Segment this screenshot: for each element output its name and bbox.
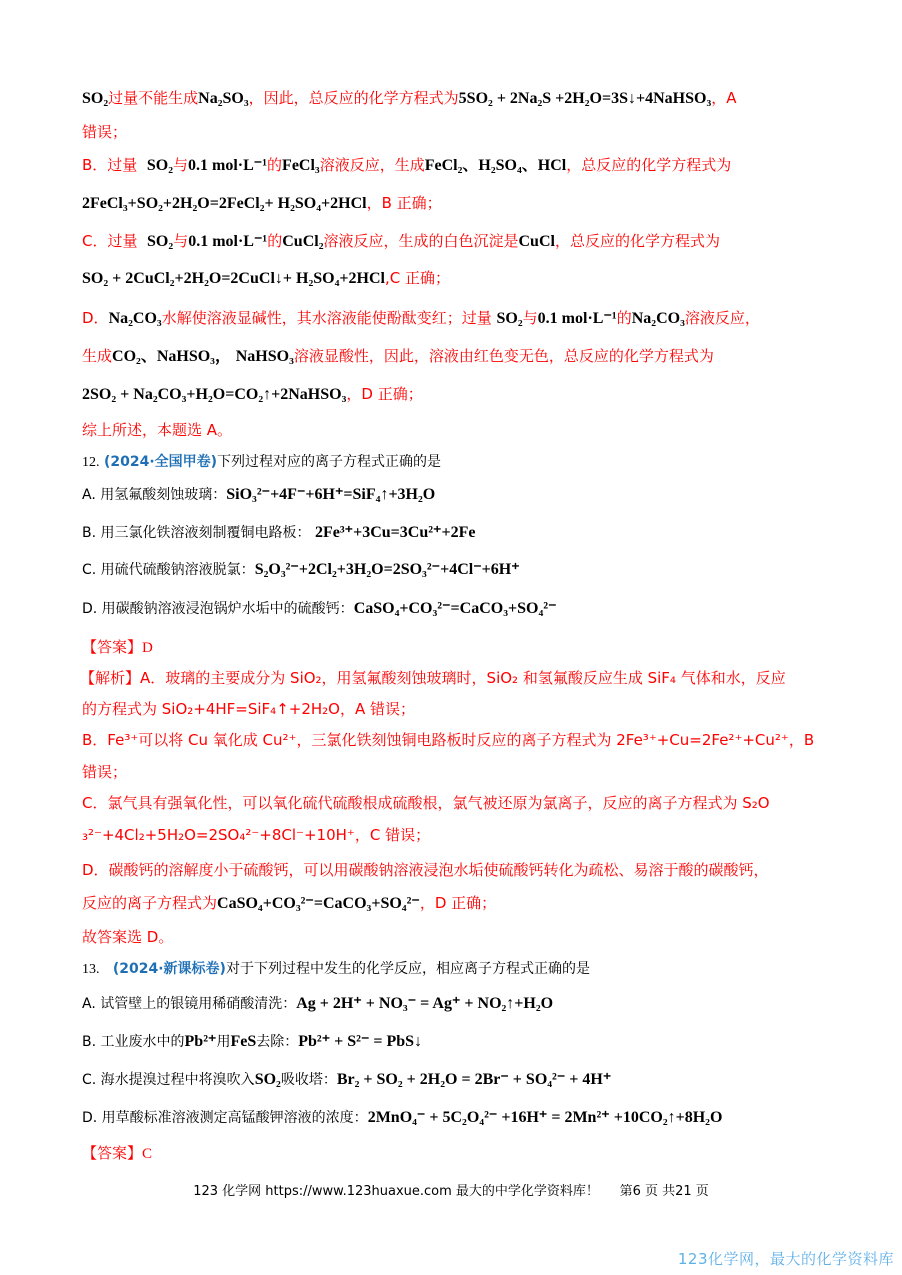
q12-analysis-line: 的方程式为 SiO₂+4HF=SiF₄↑+2H₂O，A 错误； [82,699,415,719]
explanation-text: ，总反应的化学方程式为 [555,232,720,250]
formula: SO₂ [147,233,173,250]
option-equation: Ag + 2H⁺ + NO₃⁻ = Ag⁺ + NO₂↑+H₂O [296,995,553,1012]
explanation-text: 过量不能生成 [108,89,198,107]
answer-label: 【答案】 [82,1144,142,1162]
formula: Na₂SO₃ [198,90,249,107]
explanation-text: 与 [173,232,188,250]
q12-option-d: D. 用碳酸钠溶液浸泡锅炉水垢中的硫酸钙：CaSO₄+CO₃²⁻=CaCO₃+S… [82,599,557,619]
analysis-label: 【解析】 [80,669,140,687]
explanation-line: 2SO₂ + Na₂CO₃+H₂O=CO₂↑+2NaHSO₃，D 正确； [82,384,423,405]
question-number: 12. [82,455,100,470]
equation: CaSO₄+CO₃²⁻=CaCO₃+SO₄²⁻ [217,895,420,912]
q12-option-c: C. 用硫代硫酸钠溶液脱氯：S₂O₃²⁻+2Cl₂+3H₂O=2SO₃²⁻+4C… [82,560,520,580]
explanation-text: 与 [523,309,538,327]
explanation-text: 的 [267,232,282,250]
option-label: C. 用硫代硫酸钠溶液脱氯： [82,562,255,578]
formula: CO₂、NaHSO₃， [112,348,231,365]
option-label: 去除： [256,1034,298,1050]
explanation-text: 的 [617,309,632,327]
option-equation: 2MnO₄⁻ + 5C₂O₄²⁻ +16H⁺ = 2Mn²⁺ +10CO₂↑+8… [368,1109,723,1126]
option-label: D. 用碳酸钠溶液浸泡锅炉水垢中的硫酸钙： [82,601,354,617]
formula: 0.1 mol·L⁻¹ [188,233,267,250]
formula: SO₂ [255,1071,281,1088]
explanation-text: C．过量 [82,232,137,250]
footer-site-text: 123 化学网 https://www.123huaxue.com 最大的中学化… [193,1184,599,1199]
explanation-text: 溶液反应，生成的白色沉淀是 [323,232,518,250]
q12-analysis-line: 【解析】A．玻璃的主要成分为 SiO₂，用氢氟酸刻蚀玻璃时，SiO₂ 和氢氟酸反… [80,668,786,688]
equation: SO₂ + 2CuCl₂+2H₂O=2CuCl↓+ H₂SO₄+2HCl [82,270,385,287]
equation: 5SO₂ + 2Na₂S +2H₂O=3S↓+4NaHSO₃ [459,90,712,107]
question-13-stem: 13. (2024·新课标卷)对于下列过程中发生的化学反应，相应离子方程式正确的… [82,959,590,980]
formula: SO₂ [497,310,523,327]
q12-analysis-line: 错误； [82,762,127,782]
explanation-line: 2FeCl₃+SO₂+2H₂O=2FeCl₂+ H₂SO₄+2HCl，B 正确； [82,193,442,214]
option-label: A. 试管壁上的银镜用稀硝酸清洗： [82,996,296,1012]
option-label: A. 用氢氟酸刻蚀玻璃： [82,487,226,503]
page-footer: 123 化学网 https://www.123huaxue.com 最大的中学化… [0,1180,902,1199]
summary-line: 综上所述，本题选 A。 [82,420,232,440]
q13-option-a: A. 试管壁上的银镜用稀硝酸清洗：Ag + 2H⁺ + NO₃⁻ = Ag⁺ +… [82,994,553,1014]
explanation-text: ，A [711,89,736,107]
q12-option-b: B. 用三氯化铁溶液刻制覆铜电路板： 2Fe³⁺+3Cu=3Cu²⁺+2Fe [82,523,475,543]
option-label: B. 工业废水中的 [82,1034,185,1050]
explanation-text: 与 [173,156,188,174]
question-12-stem: 12. (2024·全国甲卷)下列过程对应的离子方程式正确的是 [82,452,441,473]
explanation-text: 的 [267,156,282,174]
explanation-line: B．过量 SO₂与0.1 mol·L⁻¹的FeCl₃溶液反应，生成FeCl₂、H… [82,155,731,176]
option-label: B. 用三氯化铁溶液刻制覆铜电路板： [82,525,311,541]
analysis-text: 反应的离子方程式为 [82,894,217,912]
equation: 2FeCl₃+SO₂+2H₂O=2FeCl₂+ H₂SO₄+2HCl [82,195,367,212]
q12-analysis-line: B．Fe³⁺可以将 Cu 氧化成 Cu²⁺，三氯化铁刻蚀铜电路板时反应的离子方程… [82,730,814,750]
q12-analysis-line: D．碳酸钙的溶解度小于硫酸钙，可以用碳酸钠溶液浸泡水垢使硫酸钙转化为疏松、易溶于… [82,860,769,880]
explanation-text: ，D 正确； [346,385,422,403]
option-equation: CaSO₄+CO₃²⁻=CaCO₃+SO₄²⁻ [354,600,557,617]
formula: FeCl₃ [282,157,320,174]
explanation-text: 溶液反应， [685,309,760,327]
formula: Na₂CO₃ [109,310,162,327]
explanation-text: 生成 [82,347,112,365]
question-number: 13. [82,962,100,977]
q13-option-d: D. 用草酸标准溶液测定高锰酸钾溶液的浓度：2MnO₄⁻ + 5C₂O₄²⁻ +… [82,1108,722,1128]
explanation-line: C．过量 SO₂与0.1 mol·L⁻¹的CuCl₂溶液反应，生成的白色沉淀是C… [82,231,720,252]
formula: NaHSO₃ [236,348,294,365]
explanation-text: 水解使溶液显碱性，其水溶液能使酚酞变红；过量 [162,309,492,327]
explanation-text: ，因此，总反应的化学方程式为 [249,89,459,107]
q13-option-b: B. 工业废水中的Pb²⁺用FeS去除：Pb²⁺ + S²⁻ = PbS↓ [82,1032,422,1052]
explanation-line: 生成CO₂、NaHSO₃， NaHSO₃溶液显酸性，因此，溶液由红色变无色，总反… [82,346,714,367]
option-label: D. 用草酸标准溶液测定高锰酸钾溶液的浓度： [82,1110,368,1126]
source-tag: (2024·新课标卷) [113,961,226,977]
explanation-line: SO₂ + 2CuCl₂+2H₂O=2CuCl↓+ H₂SO₄+2HCl,C 正… [82,268,450,289]
explanation-line: 错误； [82,122,127,142]
formula: FeS [230,1033,256,1050]
answer-label: 【答案】 [82,638,142,656]
option-equation: S₂O₃²⁻+2Cl₂+3H₂O=2SO₃²⁻+4Cl⁻+6H⁺ [255,561,520,578]
explanation-text: 溶液显酸性，因此，溶液由红色变无色，总反应的化学方程式为 [294,347,714,365]
formula: 0.1 mol·L⁻¹ [188,157,267,174]
explanation-line: SO₂过量不能生成Na₂SO₃，因此，总反应的化学方程式为5SO₂ + 2Na₂… [82,88,737,109]
watermark: 123化学网，最大的化学资料库 [678,1248,894,1269]
option-label: 吸收塔： [281,1072,337,1088]
option-equation: SiO₃²⁻+4F⁻+6H⁺=SiF₄↑+3H₂O [226,486,435,503]
answer-value: C [142,1146,152,1162]
explanation-text: ，总反应的化学方程式为 [566,156,731,174]
explanation-text: B．过量 [82,156,137,174]
explanation-text: D． [82,309,109,327]
formula: CuCl₂ [282,233,323,250]
formula: SO₂ [82,90,108,107]
q12-analysis-line: 反应的离子方程式为CaSO₄+CO₃²⁻=CaCO₃+SO₄²⁻，D 正确； [82,893,496,914]
question-text: 对于下列过程中发生的化学反应，相应离子方程式正确的是 [226,961,590,977]
option-equation: Br₂ + SO₂ + 2H₂O = 2Br⁻ + SO₄²⁻ + 4H⁺ [337,1071,611,1088]
analysis-text: ，D 正确； [420,894,496,912]
formula: Na₂CO₃ [632,310,685,327]
explanation-text: ,C 正确； [385,269,450,287]
q12-answer: 【答案】D [82,637,153,658]
formula: Pb²⁺ [185,1033,217,1050]
q12-analysis-line: C．氯气具有强氧化性，可以氧化硫代硫酸根成硫酸根，氯气被还原为氯离子，反应的离子… [82,793,770,813]
page-number: 第6 页 共21 页 [620,1184,709,1199]
formula: FeCl₂、H₂SO₄、HCl [425,157,567,174]
question-text: 下列过程对应的离子方程式正确的是 [217,454,441,470]
option-equation: Pb²⁺ + S²⁻ = PbS↓ [298,1033,422,1050]
q12-analysis-line: ₃²⁻+4Cl₂+5H₂O=2SO₄²⁻+8Cl⁻+10H⁺，C 错误； [82,825,430,845]
explanation-line: D．Na₂CO₃水解使溶液显碱性，其水溶液能使酚酞变红；过量 SO₂与0.1 m… [82,308,760,329]
q12-conclusion: 故答案选 D。 [82,927,173,947]
equation: 2SO₂ + Na₂CO₃+H₂O=CO₂↑+2NaHSO₃ [82,386,346,403]
analysis-text: A．玻璃的主要成分为 SiO₂，用氢氟酸刻蚀玻璃时，SiO₂ 和氢氟酸反应生成 … [140,669,786,687]
answer-value: D [142,640,153,656]
formula: SO₂ [147,157,173,174]
formula: CuCl [519,233,555,250]
source-tag: (2024·全国甲卷) [104,454,217,470]
explanation-text: 溶液反应，生成 [320,156,425,174]
q12-option-a: A. 用氢氟酸刻蚀玻璃：SiO₃²⁻+4F⁻+6H⁺=SiF₄↑+3H₂O [82,485,435,505]
formula: 0.1 mol·L⁻¹ [538,310,617,327]
option-label: 用 [216,1034,230,1050]
document-page: SO₂过量不能生成Na₂SO₃，因此，总反应的化学方程式为5SO₂ + 2Na₂… [0,0,902,1275]
option-equation: 2Fe³⁺+3Cu=3Cu²⁺+2Fe [315,524,476,541]
q13-answer: 【答案】C [82,1143,152,1164]
explanation-text: ，B 正确； [367,194,442,212]
q13-option-c: C. 海水提溴过程中将溴吹入SO₂吸收塔：Br₂ + SO₂ + 2H₂O = … [82,1070,611,1090]
option-label: C. 海水提溴过程中将溴吹入 [82,1072,255,1088]
